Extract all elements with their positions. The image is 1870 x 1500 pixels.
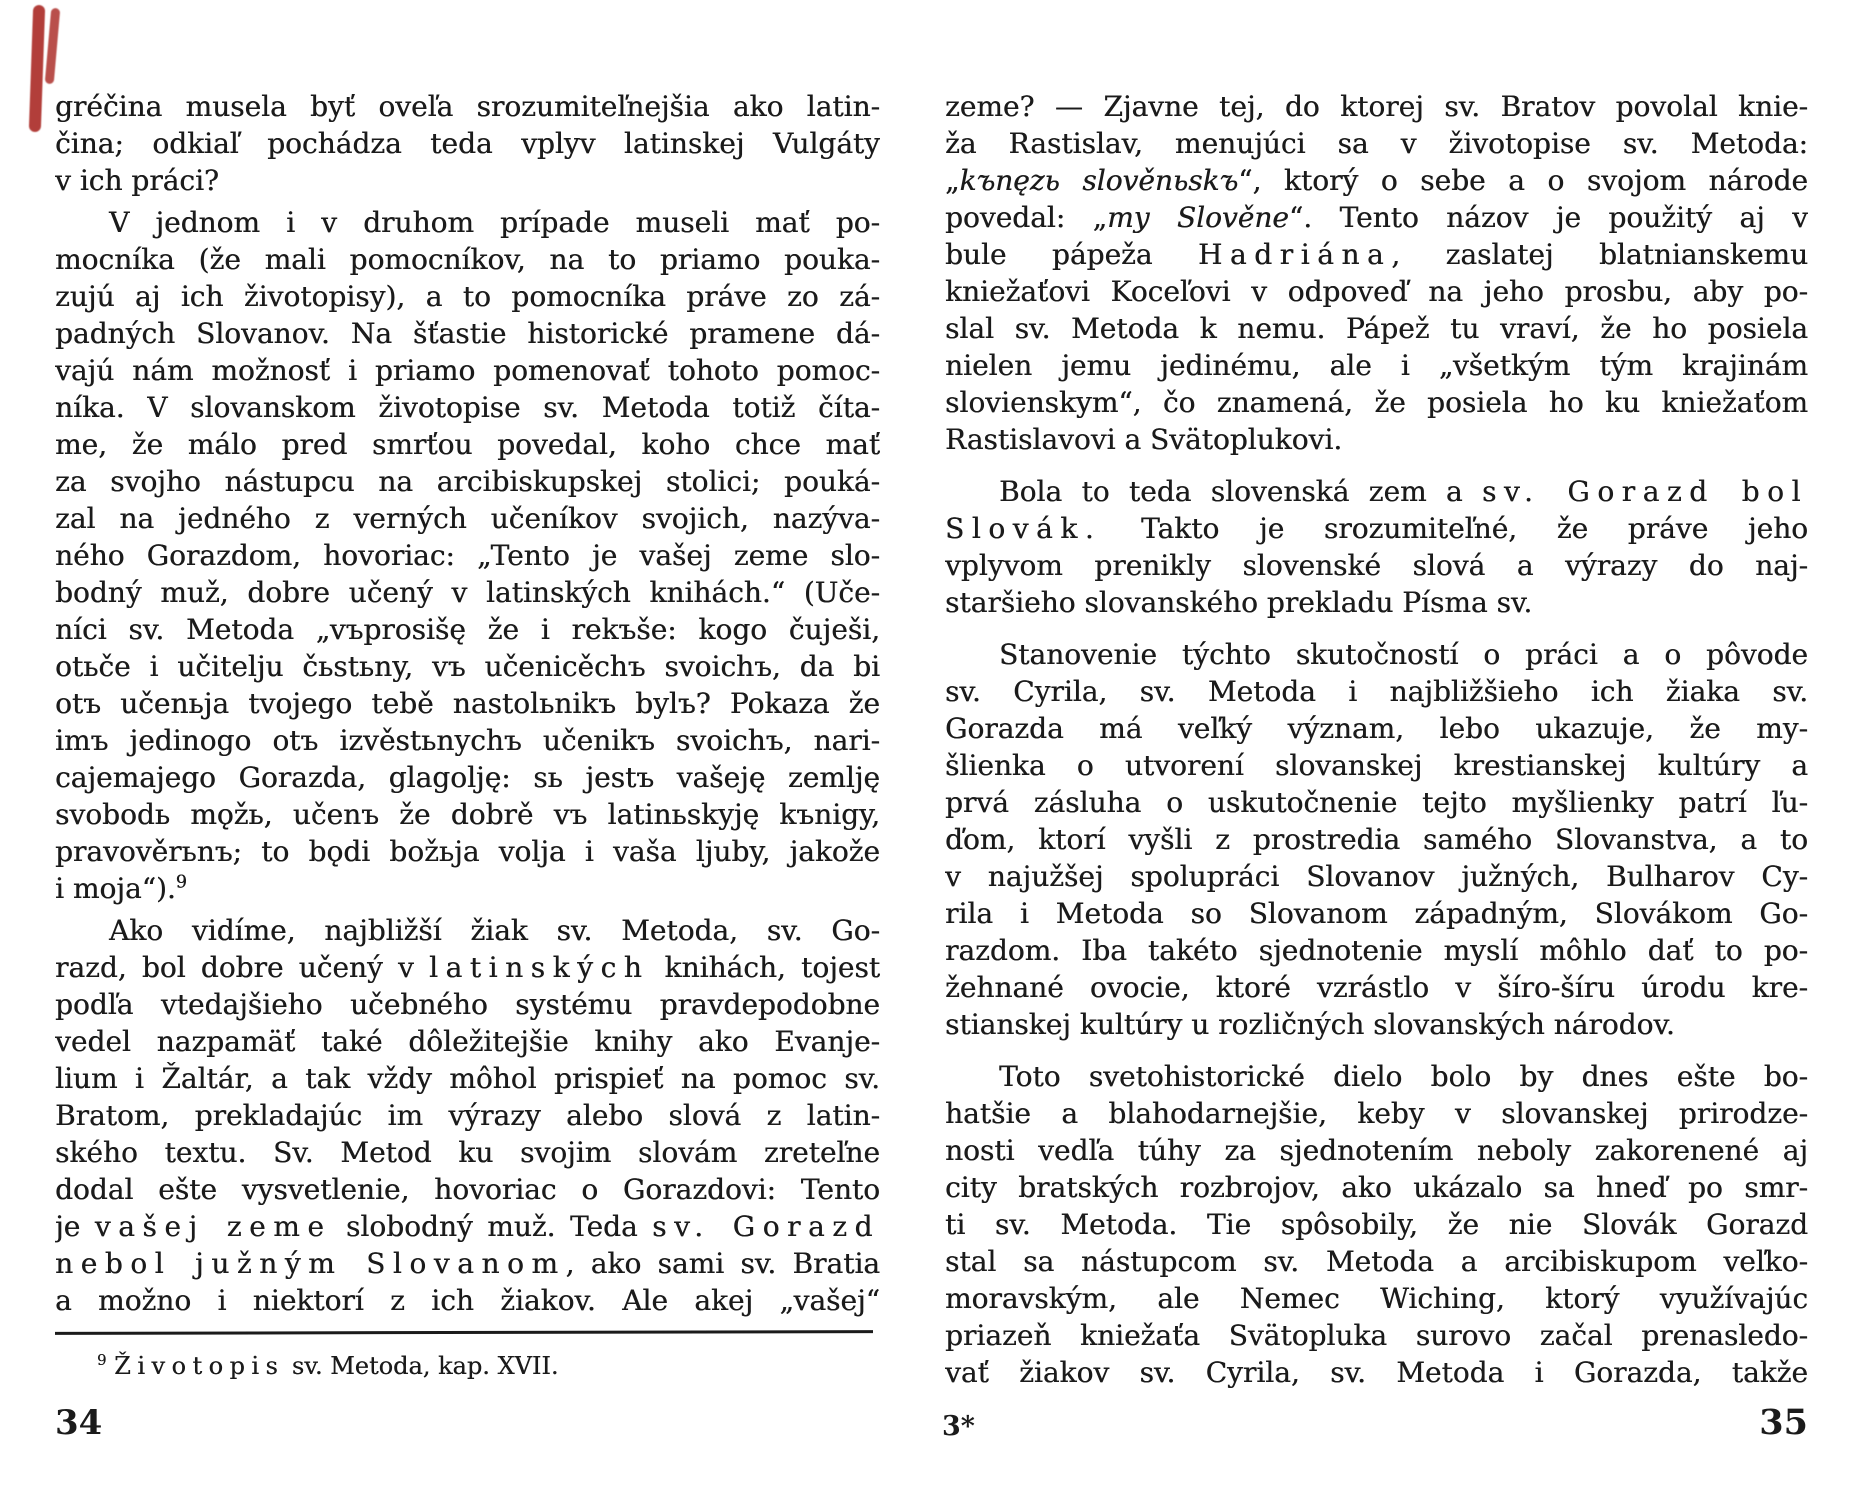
- text-segment: ného Gorazdom, hovoriac: „Tento je vašej…: [55, 539, 880, 572]
- text-line: bodný muž, dobre učený v latinských knih…: [55, 574, 880, 611]
- text-line: ti sv. Metoda. Tie spôsobily, že nie Slo…: [945, 1206, 1808, 1243]
- text-line: „kъnęzь slověnьskъ“, ktorý o sebe a o sv…: [945, 162, 1808, 199]
- text-segment: kniežaťovi Koceľovi v odpoveď na jeho pr…: [945, 275, 1808, 308]
- text-segment: nielen jemu jedinému, ale i „všetkým tým…: [945, 349, 1808, 382]
- text-segment: 9: [176, 873, 187, 893]
- red-pencil-mark: [45, 8, 61, 84]
- text-line: Stanovenie týchto skutočností o práci a …: [945, 636, 1808, 673]
- text-segment: nosti vedľa túhy za sjednotením neboly z…: [945, 1134, 1808, 1167]
- text-segment: svobodь mǫžь, učenъ že dobrě vъ latinьsk…: [55, 798, 880, 831]
- text-line: vplyvom prenikly slovenské slová a výraz…: [945, 547, 1808, 584]
- text-segment: Hadriána: [1198, 238, 1391, 271]
- text-line: lium i Žaltár, a tak vždy môhol prispieť…: [55, 1060, 880, 1097]
- text-line: níci sv. Metoda „vъprosišę že i rekъše: …: [55, 611, 880, 648]
- text-segment: v najužšej spolupráci Slovanov južných, …: [945, 860, 1808, 893]
- text-segment: Stanovenie týchto skutočností o práci a …: [999, 638, 1808, 671]
- text-line: Ako vidíme, najbližší žiak sv. Metoda, s…: [55, 912, 880, 949]
- text-segment: “. Tento názov je použitý aj v: [1289, 201, 1808, 234]
- text-segment: šlienka o utvorení slovanskej krestiansk…: [945, 749, 1808, 782]
- text-segment: sv. Cyrila, sv. Metoda i najbližšieho ic…: [945, 675, 1808, 708]
- text-segment: imъ jedinogo otъ izvěstьnychъ učenikъ sv…: [55, 724, 880, 757]
- text-line: čina; odkiaľ pochádza teda vplyv latinsk…: [55, 125, 880, 162]
- text-segment: , ako sami sv. Bratia: [566, 1247, 880, 1280]
- text-line: prvá zásluha o uskutočnenie tejto myšlie…: [945, 784, 1808, 821]
- text-segment: ďom, ktorí vyšli z prostredia samého Slo…: [945, 823, 1808, 856]
- text-segment: níka. V slovanskom životopise sv. Metoda…: [55, 391, 880, 424]
- text-line: slal sv. Metoda k nemu. Pápež tu vraví, …: [945, 310, 1808, 347]
- text-segment: V jednom i v druhom prípade museli mať p…: [109, 206, 880, 239]
- text-segment: povedal: „: [945, 201, 1107, 234]
- text-line: ného Gorazdom, hovoriac: „Tento je vašej…: [55, 537, 880, 574]
- text-line: nebol južným Slovanom, ako sami sv. Brat…: [55, 1245, 880, 1282]
- text-segment: níci sv. Metoda „vъprosišę že i rekъše: …: [55, 613, 880, 646]
- text-segment: Slovák.: [945, 512, 1101, 545]
- text-segment: bule pápeža: [945, 238, 1198, 271]
- text-line: priazeň kniežaťa Svätopluka surovo začal…: [945, 1317, 1808, 1354]
- text-segment: v ich práci?: [55, 164, 219, 197]
- text-segment: padných Slovanov. Na šťastie historické …: [55, 317, 880, 350]
- text-segment: Bratom, prekladajúc im výrazy alebo slov…: [55, 1099, 880, 1132]
- text-segment: pravověrьnъ; to bǫdi božьja volja i vaša…: [55, 835, 880, 868]
- text-segment: me, že málo pred smrťou povedal, koho ch…: [55, 428, 880, 461]
- text-segment: zujú aj ich životopisy), a to pomocníka …: [55, 280, 880, 313]
- text-segment: a možno i niektorí z ich žiakov. Ale ake…: [55, 1284, 880, 1317]
- text-line: stal sa nástupcom sv. Metoda a arcibisku…: [945, 1243, 1808, 1280]
- footnote-separator-rule: [55, 1330, 873, 1335]
- text-line: Rastislavovi a Svätoplukovi.: [945, 421, 1808, 458]
- text-segment: Gorazda má veľký význam, lebo ukazuje, ž…: [945, 712, 1808, 745]
- text-line: je vašej zeme slobodný muž. Teda sv. Gor…: [55, 1208, 880, 1245]
- text-line: stianskej kultúry u rozličných slovanský…: [945, 1006, 1808, 1043]
- text-line: Slovák. Takto je srozumiteľné, že práve …: [945, 510, 1808, 547]
- text-line: povedal: „my Slověne“. Tento názov je po…: [945, 199, 1808, 236]
- text-line: hatšie a blahodarnejšie, keby v slovansk…: [945, 1095, 1808, 1132]
- text-line: V jednom i v druhom prípade museli mať p…: [55, 204, 880, 241]
- text-segment: je: [55, 1210, 95, 1243]
- text-line: zujú aj ich životopisy), a to pomocníka …: [55, 278, 880, 315]
- text-line: gréčina musela byť oveľa srozumiteľnejši…: [55, 88, 880, 125]
- text-line: šlienka o utvorení slovanskej krestiansk…: [945, 747, 1808, 784]
- text-line: cajemajego Gorazda, glagolję: sь jestъ v…: [55, 759, 880, 796]
- text-line: pravověrьnъ; to bǫdi božьja volja i vaša…: [55, 833, 880, 870]
- text-line: dodal ešte vysvetlenie, hovoriac o Goraz…: [55, 1171, 880, 1208]
- text-line: Bola to teda slovenská zem a sv. Gorazd …: [945, 473, 1808, 510]
- text-line: za svojho nástupcu na arcibiskupskej sto…: [55, 463, 880, 500]
- text-segment: city bratských rozbrojov, ako ukázalo sa…: [945, 1171, 1808, 1204]
- text-line: vedel nazpamäť také dôležitejšie knihy a…: [55, 1023, 880, 1060]
- text-segment: cajemajego Gorazda, glagolję: sь jestъ v…: [55, 761, 880, 794]
- text-segment: bodný muž, dobre učený v latinských knih…: [55, 576, 880, 609]
- text-segment: Takto je srozumiteľné, že práve jeho: [1101, 512, 1808, 545]
- text-line: imъ jedinogo otъ izvěstьnychъ učenikъ sv…: [55, 722, 880, 759]
- text-line: kniežaťovi Koceľovi v odpoveď na jeho pr…: [945, 273, 1808, 310]
- text-segment: my Slověne: [1107, 201, 1289, 234]
- text-line: slovienskym“, čo znamená, že posiela ho …: [945, 384, 1808, 421]
- text-line: zeme? — Zjavne tej, do ktorej sv. Bratov…: [945, 88, 1808, 125]
- text-line: ža Rastislav, menujúci sa v životopise s…: [945, 125, 1808, 162]
- text-segment: ského textu. Sv. Metod ku svojim slovám …: [55, 1136, 880, 1169]
- text-segment: Ako vidíme, najbližší žiak sv. Metoda, s…: [109, 914, 880, 947]
- text-segment: slal sv. Metoda k nemu. Pápež tu vraví, …: [945, 312, 1808, 345]
- text-line: staršieho slovanského prekladu Písma sv.: [945, 584, 1808, 621]
- text-segment: rila i Metoda so Slovanom západným, Slov…: [945, 897, 1808, 930]
- text-line: svobodь mǫžь, učenъ že dobrě vъ latinьsk…: [55, 796, 880, 833]
- text-segment: za svojho nástupcu na arcibiskupskej sto…: [55, 465, 880, 498]
- text-segment: vašej zeme: [95, 1210, 332, 1243]
- text-segment: ža Rastislav, menujúci sa v životopise s…: [945, 127, 1808, 160]
- text-line: níka. V slovanskom životopise sv. Metoda…: [55, 389, 880, 426]
- text-segment: Životopis: [114, 1352, 284, 1380]
- text-line: zal na jedného z verných učeníkov svojic…: [55, 500, 880, 537]
- text-segment: podľa vtedajšieho učebného systému pravd…: [55, 988, 880, 1021]
- text-segment: “, ktorý o sebe a o svojom národe: [1238, 164, 1808, 197]
- text-segment: čina; odkiaľ pochádza teda vplyv latinsk…: [55, 127, 880, 160]
- text-segment: stianskej kultúry u rozličných slovanský…: [945, 1008, 1675, 1041]
- text-line: a možno i niektorí z ich žiakov. Ale ake…: [55, 1282, 880, 1319]
- text-segment: Bola to teda slovenská zem a: [999, 475, 1482, 508]
- signature-mark: 3*: [942, 1411, 975, 1442]
- text-segment: otьče i učitelju čьstьny, vъ učenicěchъ …: [55, 650, 880, 683]
- text-segment: slobodný muž. Teda: [331, 1210, 652, 1243]
- text-segment: i moja“).: [55, 872, 176, 905]
- text-line: Gorazda má veľký význam, lebo ukazuje, ž…: [945, 710, 1808, 747]
- text-segment: mocníka (že mali pomocníkov, na to priam…: [55, 243, 880, 276]
- text-segment: vedel nazpamäť také dôležitejšie knihy a…: [55, 1025, 880, 1058]
- text-segment: nebol južným Slovanom: [55, 1247, 566, 1280]
- text-segment: razd, bol dobre učený v: [55, 951, 429, 984]
- text-line: rila i Metoda so Slovanom západným, Slov…: [945, 895, 1808, 932]
- text-segment: prvá zásluha o uskutočnenie tejto myšlie…: [945, 786, 1808, 819]
- text-line: nielen jemu jedinému, ale i „všetkým tým…: [945, 347, 1808, 384]
- text-line: nosti vedľa túhy za sjednotením neboly z…: [945, 1132, 1808, 1169]
- text-line: razd, bol dobre učený v latinských knihá…: [55, 949, 880, 986]
- text-segment: , zaslatej blatnianskemu: [1391, 238, 1808, 271]
- text-line: mocníka (že mali pomocníkov, na to priam…: [55, 241, 880, 278]
- page-number-right: 35: [1759, 1402, 1808, 1443]
- text-segment: slovienskym“, čo znamená, že posiela ho …: [945, 386, 1808, 419]
- book-spread: gréčina musela byť oveľa srozumiteľnejši…: [0, 0, 1870, 1500]
- text-segment: otъ učenьja tvojego tebě nastolьnikъ byl…: [55, 687, 880, 720]
- text-segment: knihách, tojest: [649, 951, 880, 984]
- text-line: city bratských rozbrojov, ako ukázalo sa…: [945, 1169, 1808, 1206]
- text-line: ského textu. Sv. Metod ku svojim slovám …: [55, 1134, 880, 1171]
- red-pencil-mark: [29, 5, 45, 132]
- text-segment: razdom. Iba takéto sjednotenie myslí môh…: [945, 934, 1808, 967]
- text-segment: latinských: [429, 951, 649, 984]
- text-segment: žehnané ovocie, ktoré vzrástlo v šíro-ší…: [945, 971, 1808, 1004]
- text-segment: hatšie a blahodarnejšie, keby v slovansk…: [945, 1097, 1808, 1130]
- text-segment: priazeň kniežaťa Svätopluka surovo začal…: [945, 1319, 1808, 1352]
- text-segment: gréčina musela byť oveľa srozumiteľnejši…: [55, 90, 880, 123]
- page-number-left: 34: [55, 1403, 102, 1443]
- text-segment: Rastislavovi a Svätoplukovi.: [945, 423, 1342, 456]
- text-line: padných Slovanov. Na šťastie historické …: [55, 315, 880, 352]
- text-segment: [106, 1352, 114, 1380]
- text-line: bule pápeža Hadriána, zaslatej blatnians…: [945, 236, 1808, 273]
- text-line: vať žiakov sv. Cyrila, sv. Metoda i Gora…: [945, 1354, 1808, 1391]
- right-page-text-column: zeme? — Zjavne tej, do ktorej sv. Bratov…: [945, 88, 1808, 1391]
- text-segment: vplyvom prenikly slovenské slová a výraz…: [945, 549, 1808, 582]
- text-segment: sv. Metoda, kap. XVII.: [284, 1352, 558, 1380]
- text-line: Bratom, prekladajúc im výrazy alebo slov…: [55, 1097, 880, 1134]
- text-line: v ich práci?: [55, 162, 880, 199]
- text-line: v najužšej spolupráci Slovanov južných, …: [945, 858, 1808, 895]
- text-segment: ti sv. Metoda. Tie spôsobily, že nie Slo…: [945, 1208, 1808, 1241]
- text-segment: zal na jedného z verných učeníkov svojic…: [55, 502, 880, 535]
- text-line: moravským, ale Nemec Wiching, ktorý využ…: [945, 1280, 1808, 1317]
- text-segment: stal sa nástupcom sv. Metoda a arcibisku…: [945, 1245, 1808, 1278]
- text-line: ďom, ktorí vyšli z prostredia samého Slo…: [945, 821, 1808, 858]
- left-page-text-column: gréčina musela byť oveľa srozumiteľnejši…: [55, 88, 880, 1319]
- footnote-line: 9 Životopis sv. Metoda, kap. XVII.: [55, 1349, 880, 1383]
- text-line: me, že málo pred smrťou povedal, koho ch…: [55, 426, 880, 463]
- text-segment: zeme? — Zjavne tej, do ktorej sv. Bratov…: [945, 90, 1808, 123]
- text-segment: lium i Žaltár, a tak vždy môhol prispieť…: [55, 1062, 880, 1095]
- text-line: žehnané ovocie, ktoré vzrástlo v šíro-ší…: [945, 969, 1808, 1006]
- text-line: otьče i učitelju čьstьny, vъ učenicěchъ …: [55, 648, 880, 685]
- footnote: 9 Životopis sv. Metoda, kap. XVII.: [55, 1349, 880, 1383]
- text-segment: sv. Gorazd: [652, 1210, 880, 1243]
- text-segment: vajú nám možnosť i priamo pomenovať toho…: [55, 354, 880, 387]
- text-line: vajú nám možnosť i priamo pomenovať toho…: [55, 352, 880, 389]
- text-line: otъ učenьja tvojego tebě nastolьnikъ byl…: [55, 685, 880, 722]
- text-line: i moja“).9: [55, 870, 880, 907]
- text-segment: kъnęzь slověnьskъ: [960, 164, 1239, 197]
- text-segment: sv. Gorazd bol: [1482, 475, 1808, 508]
- text-segment: „: [945, 164, 960, 197]
- text-line: razdom. Iba takéto sjednotenie myslí môh…: [945, 932, 1808, 969]
- text-segment: moravským, ale Nemec Wiching, ktorý využ…: [945, 1282, 1808, 1315]
- text-segment: dodal ešte vysvetlenie, hovoriac o Goraz…: [55, 1173, 880, 1206]
- text-segment: Toto svetohistorické dielo bolo by dnes …: [999, 1060, 1808, 1093]
- text-segment: staršieho slovanského prekladu Písma sv.: [945, 586, 1532, 619]
- text-line: sv. Cyrila, sv. Metoda i najbližšieho ic…: [945, 673, 1808, 710]
- text-segment: vať žiakov sv. Cyrila, sv. Metoda i Gora…: [945, 1356, 1808, 1389]
- text-line: podľa vtedajšieho učebného systému pravd…: [55, 986, 880, 1023]
- text-line: Toto svetohistorické dielo bolo by dnes …: [945, 1058, 1808, 1095]
